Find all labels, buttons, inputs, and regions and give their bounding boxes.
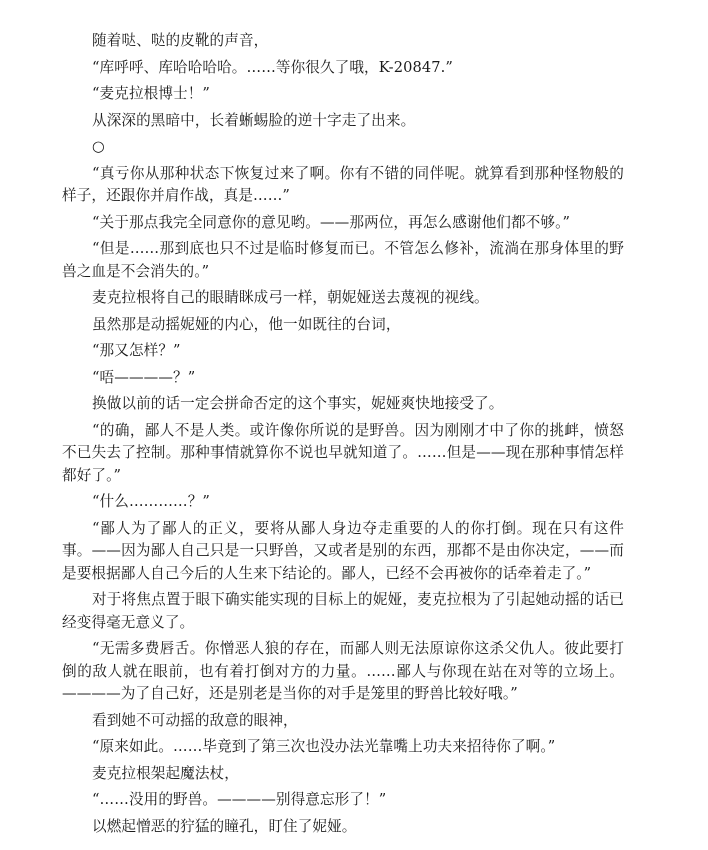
paragraph: “……没用的野兽。————别得意忘形了！” bbox=[62, 789, 624, 812]
paragraph: 随着哒、哒的皮靴的声音， bbox=[62, 30, 624, 53]
paragraph: 虽然那是动摇妮娅的内心，他一如既往的台词， bbox=[62, 314, 624, 337]
paragraph: “麦克拉根博士！” bbox=[62, 83, 624, 106]
paragraph: “鄙人为了鄙人的正义，要将从鄙人身边夺走重要的人的你打倒。现在只有这件事。——因… bbox=[62, 518, 624, 586]
paragraph: “那又怎样？” bbox=[62, 340, 624, 363]
paragraph: “什么…………？” bbox=[62, 491, 624, 514]
paragraph: “唔————？” bbox=[62, 367, 624, 390]
paragraph: “的确，鄙人不是人类。或许像你所说的是野兽。因为刚刚才中了你的挑衅，愤怒不已失去… bbox=[62, 420, 624, 488]
paragraph: “但是……那到底也只不过是临时修复而已。不管怎么修补，流淌在那身体里的野兽之血是… bbox=[62, 238, 624, 283]
paragraph: “库呼呼、库哈哈哈哈。……等你很久了哦，K-20847.” bbox=[62, 57, 624, 80]
paragraph: 换做以前的话一定会拼命否定的这个事实，妮娅爽快地接受了。 bbox=[62, 393, 624, 416]
paragraph: “原来如此。……毕竟到了第三次也没办法光靠嘴上功夫来招待你了啊。” bbox=[62, 736, 624, 759]
paragraph: “无需多费唇舌。你憎恶人狼的存在，而鄙人则无法原谅你这杀父仇人。彼此要打倒的敌人… bbox=[62, 638, 624, 706]
document-page: 随着哒、哒的皮靴的声音， “库呼呼、库哈哈哈哈。……等你很久了哦，K-20847… bbox=[0, 0, 624, 838]
paragraph: 看到她不可动摇的敌意的眼神， bbox=[62, 710, 624, 733]
paragraph: 以燃起憎恶的狞猛的瞳孔，盯住了妮娅。 bbox=[62, 816, 624, 839]
scene-break: ○ bbox=[62, 136, 624, 159]
paragraph: “关于那点我完全同意你的意见哟。——那两位，再怎么感谢他们都不够。” bbox=[62, 212, 624, 235]
paragraph: 从深深的黑暗中，长着蜥蜴脸的逆十字走了出来。 bbox=[62, 110, 624, 133]
paragraph: 对于将焦点置于眼下确实能实现的目标上的妮娅，麦克拉根为了引起她动摇的话已经变得毫… bbox=[62, 589, 624, 634]
paragraph: 麦克拉根将自己的眼睛眯成弓一样，朝妮娅送去蔑视的视线。 bbox=[62, 287, 624, 310]
paragraph: “真亏你从那种状态下恢复过来了啊。你有不错的同伴呢。就算看到那种怪物般的样子，还… bbox=[62, 163, 624, 208]
paragraph: 麦克拉根架起魔法杖， bbox=[62, 763, 624, 786]
